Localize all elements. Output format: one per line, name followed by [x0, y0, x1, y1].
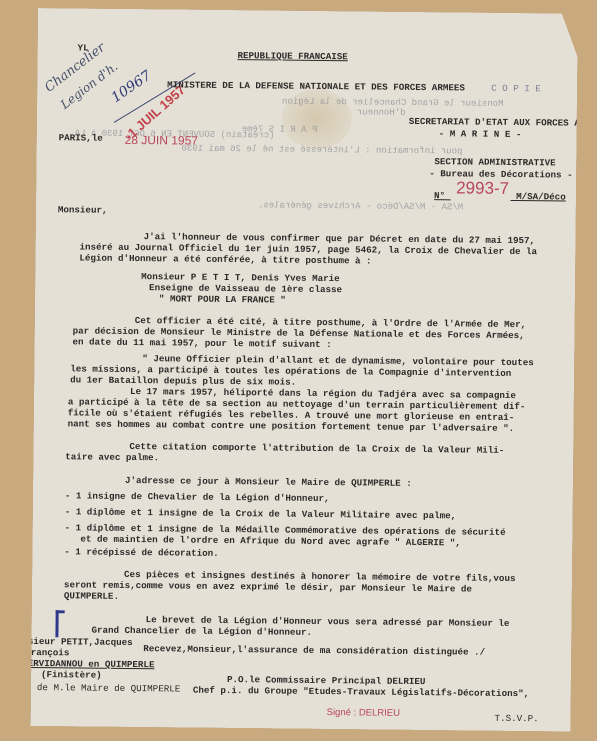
- secretariat-heading: SECRETARIAT D'ETAT AUX FORCES ARMEES: [409, 116, 597, 129]
- bleed-through-line: d'Honneur: [357, 107, 406, 118]
- body-line: en date du 11 mai 1957, pour le motif su…: [72, 336, 331, 350]
- blue-pencil-bracket: [55, 610, 64, 637]
- document-sheet: Monsieur le Grand Chancelier de la Légio…: [30, 8, 577, 732]
- reference-suffix: M/SA/Déco: [516, 191, 566, 203]
- closing-line: Recevez,Monsieur,l'assurance de ma consi…: [143, 643, 485, 658]
- recipient-name: Monsieur PETIT,Jacques: [11, 636, 132, 648]
- list-item: - 1 insigne de Chevalier de la Légion d'…: [65, 490, 330, 504]
- marine-heading: - M A R I N E -: [439, 128, 522, 140]
- recipient-address: à KERVIDANNOU en QUIMPERLE: [11, 658, 154, 671]
- republic-heading: REPUBLIQUE FRANCAISE: [237, 50, 347, 62]
- ministry-heading: MINISTERE DE LA DEFENSE NATIONALE ET DES…: [167, 79, 465, 93]
- reference-prefix: N°: [434, 190, 445, 201]
- body-line: QUIMPERLE.: [64, 590, 119, 602]
- recipient-firstname: François: [25, 647, 69, 658]
- body-line: taire avec palme.: [65, 451, 159, 463]
- signed-stamp: Signé : DELRIEU: [327, 707, 401, 719]
- bleed-through-line: pour information : L'intéressé est né le…: [181, 144, 462, 157]
- place-date-label: PARIS,le: [59, 132, 103, 143]
- date-stamp: 28 JUIN 1957: [125, 133, 199, 148]
- body-line: Légion d'Honneur a été conférée, à titre…: [79, 252, 371, 266]
- body-line: Grand Chancelier de la Légion d'Honneur.: [91, 625, 312, 638]
- list-item: - 1 récépissé de décoration.: [64, 546, 218, 559]
- section-heading: SECTION ADMINISTRATIVE: [434, 156, 555, 168]
- recipient-department: (Finistère): [41, 669, 102, 681]
- initials: YL: [78, 42, 89, 53]
- salutation: Monsieur,: [58, 204, 108, 216]
- tsvp-note: T.S.V.P.: [495, 713, 539, 724]
- honoree-mention: " MORT POUR LA FRANCE ": [159, 293, 286, 305]
- reference-stamp: 2993-7: [456, 178, 509, 199]
- body-line: Cette citation comporte l'attribution de…: [129, 441, 504, 456]
- recipient-care-of: s/c de M.le Maire de QUIMPERLE: [15, 682, 181, 695]
- signature-line: Chef p.i. du Groupe "Etudes-Travaux Légi…: [193, 685, 529, 700]
- copie-label: C O P I E: [491, 83, 541, 95]
- bleed-through-line: M/SA - M/SA/Déco - Archives générales.: [258, 200, 463, 212]
- list-item: - 1 diplôme et 1 insigne de la Croix de …: [65, 506, 457, 521]
- body-line: J'adresse ce jour à Monsieur le Maire de…: [125, 475, 412, 489]
